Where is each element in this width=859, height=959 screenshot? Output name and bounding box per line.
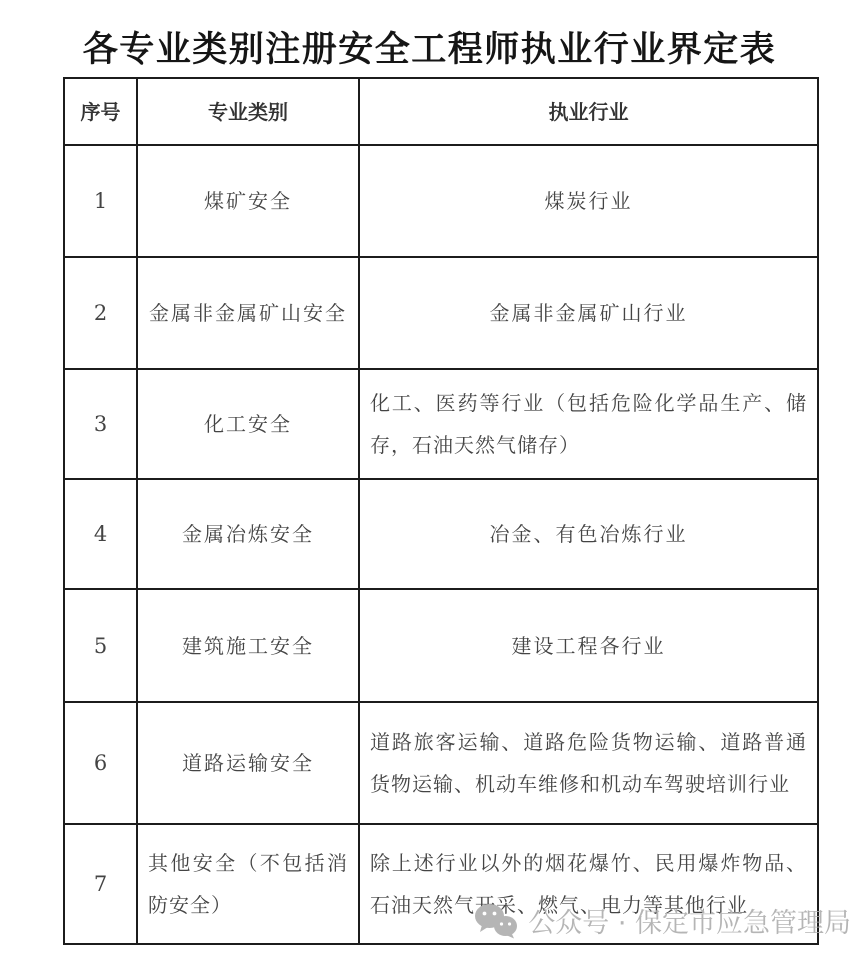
row-number-cell: 4 bbox=[64, 479, 137, 589]
industry-definition-table: 序号 专业类别 执业行业 1 煤矿安全 煤炭行业 2 金属非金属矿山安全 金属非… bbox=[63, 77, 819, 945]
header-cell-category: 专业类别 bbox=[137, 78, 359, 145]
category-cell: 道路运输安全 bbox=[137, 702, 359, 824]
category-cell: 建筑施工安全 bbox=[137, 589, 359, 702]
row-number-cell: 7 bbox=[64, 824, 137, 944]
table-row: 5 建筑施工安全 建设工程各行业 bbox=[64, 589, 818, 702]
table-row: 6 道路运输安全 道路旅客运输、道路危险货物运输、道路普通货物运输、机动车维修和… bbox=[64, 702, 818, 824]
table-row: 4 金属冶炼安全 冶金、有色冶炼行业 bbox=[64, 479, 818, 589]
table-header-row: 序号 专业类别 执业行业 bbox=[64, 78, 818, 145]
industry-cell: 金属非金属矿山行业 bbox=[359, 257, 818, 369]
table-row: 3 化工安全 化工、医药等行业（包括危险化学品生产、储存，石油天然气储存） bbox=[64, 369, 818, 479]
header-cell-industry: 执业行业 bbox=[359, 78, 818, 145]
table-row: 2 金属非金属矿山安全 金属非金属矿山行业 bbox=[64, 257, 818, 369]
category-cell: 其他安全（不包括消防安全） bbox=[137, 824, 359, 944]
category-cell: 金属冶炼安全 bbox=[137, 479, 359, 589]
row-number-cell: 3 bbox=[64, 369, 137, 479]
industry-cell: 除上述行业以外的烟花爆竹、民用爆炸物品、石油天然气开采、燃气、电力等其他行业 bbox=[359, 824, 818, 944]
page-title: 各专业类别注册安全工程师执业行业界定表 bbox=[0, 22, 859, 72]
category-cell: 煤矿安全 bbox=[137, 145, 359, 257]
document-page: 各专业类别注册安全工程师执业行业界定表 序号 专业类别 执业行业 1 煤矿安全 … bbox=[0, 0, 859, 959]
header-cell-no: 序号 bbox=[64, 78, 137, 145]
row-number-cell: 2 bbox=[64, 257, 137, 369]
industry-cell: 冶金、有色冶炼行业 bbox=[359, 479, 818, 589]
industry-cell: 道路旅客运输、道路危险货物运输、道路普通货物运输、机动车维修和机动车驾驶培训行业 bbox=[359, 702, 818, 824]
category-cell: 化工安全 bbox=[137, 369, 359, 479]
table-row: 1 煤矿安全 煤炭行业 bbox=[64, 145, 818, 257]
industry-cell: 化工、医药等行业（包括危险化学品生产、储存，石油天然气储存） bbox=[359, 369, 818, 479]
row-number-cell: 6 bbox=[64, 702, 137, 824]
row-number-cell: 1 bbox=[64, 145, 137, 257]
table-row: 7 其他安全（不包括消防安全） 除上述行业以外的烟花爆竹、民用爆炸物品、石油天然… bbox=[64, 824, 818, 944]
industry-cell: 煤炭行业 bbox=[359, 145, 818, 257]
category-cell: 金属非金属矿山安全 bbox=[137, 257, 359, 369]
row-number-cell: 5 bbox=[64, 589, 137, 702]
industry-cell: 建设工程各行业 bbox=[359, 589, 818, 702]
